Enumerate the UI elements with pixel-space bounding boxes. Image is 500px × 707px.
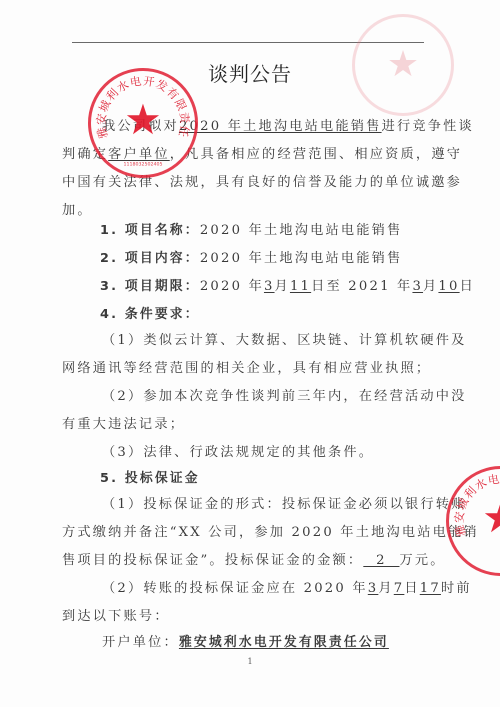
deadline-day: 7 xyxy=(394,581,405,596)
company-seal-right: 雅安城利水电开发有限责任公司 ★ xyxy=(446,466,500,576)
condition-1-line-2: 网络通讯等经营范围的相关企业，具有相应营业执照； xyxy=(62,360,431,378)
item-label: 1. 项目名称： xyxy=(100,223,200,238)
period-text: 日至 2021 年 xyxy=(311,279,412,294)
intro-line-4: 加。 xyxy=(62,202,93,220)
intro-line-3: 中国有关法律、法规，具有良好的信誉及能力的单位诚邀参 xyxy=(62,174,462,192)
seal-ring-text: 雅安城利水电开发有限责任公司 xyxy=(449,469,500,573)
deposit-text: 时前 xyxy=(441,581,472,596)
item-project-content: 2. 项目内容：2020 年土地沟电站电能销售 xyxy=(100,250,402,268)
account-label: 开户单位： xyxy=(102,635,179,650)
condition-3-line-1: （3）法律、行政法规规定的其他条件。 xyxy=(102,444,374,462)
deposit-p2-line-1: （2）转账的投标保证金应在 2020 年3月7日17时前 xyxy=(102,580,472,598)
deposit-text: 售项目的投标保证金”。投标保证金的金额： xyxy=(62,553,363,568)
period-text: 月 xyxy=(275,279,290,294)
condition-2-line-2: 有重大违法记录； xyxy=(62,416,185,434)
period-text: 日 xyxy=(460,279,475,294)
deposit-p1-line-3: 售项目的投标保证金”。投标保证金的金额： 2 万元。 xyxy=(62,552,446,570)
deposit-text: 万元。 xyxy=(399,553,445,568)
item-conditions: 4. 条件要求： xyxy=(100,306,200,324)
condition-2-line-1: （2）参加本次竞争性谈判前三年内，在经营活动中没 xyxy=(102,388,467,406)
item-label: 2. 项目内容： xyxy=(100,251,200,266)
end-month: 3 xyxy=(412,279,423,294)
page-title: 谈判公告 xyxy=(0,58,500,87)
deposit-p2-line-2: 到达以下账号： xyxy=(62,608,170,626)
deposit-heading: 5. 投标保证金 xyxy=(100,470,200,488)
deadline-month: 3 xyxy=(368,581,379,596)
item-project-period: 3. 项目期限：2020 年3月11日至 2021 年3月10日 xyxy=(100,278,475,296)
account-holder-line: 开户单位：雅安城利水电开发有限责任公司 xyxy=(102,634,389,652)
deposit-text: 月 xyxy=(378,581,393,596)
deposit-p1-line-1: （1）投标保证金的形式：投标保证金必须以银行转账 xyxy=(102,496,467,514)
item-value: 2020 年土地沟电站电能销售 xyxy=(200,251,403,266)
item-project-name: 1. 项目名称：2020 年土地沟电站电能销售 xyxy=(100,222,402,240)
deposit-text: （2）转账的投标保证金应在 2020 年 xyxy=(102,581,368,596)
intro-line-2: 判确定客户单位，凡具备相应的经营范围、相应资质，遵守 xyxy=(62,146,462,164)
intro-text: 进行竞争性谈 xyxy=(382,119,474,134)
deposit-amount: 2 xyxy=(363,553,399,568)
start-month: 3 xyxy=(264,279,275,294)
intro-text: 我公司拟对 xyxy=(102,119,179,134)
intro-text: ，凡具备相应的经营范围、相应资质，遵守 xyxy=(170,147,462,162)
condition-1-line-1: （1）类似云计算、大数据、区块链、计算机软硬件及 xyxy=(102,332,467,350)
client-unit-underlined: 客户单位 xyxy=(108,147,170,162)
period-text: 月 xyxy=(423,279,438,294)
start-day: 11 xyxy=(290,279,311,294)
project-name-underlined: 2020 年土地沟电站电能销售 xyxy=(179,119,382,134)
period-text: 2020 年 xyxy=(200,279,264,294)
item-label: 4. 条件要求： xyxy=(100,307,200,322)
page-number: 1 xyxy=(0,657,500,666)
end-day: 10 xyxy=(438,279,459,294)
item-label: 3. 项目期限： xyxy=(100,279,200,294)
account-name: 雅安城利水电开发有限责任公司 xyxy=(179,635,389,650)
document-page: ★ 谈判公告 我公司拟对2020 年土地沟电站电能销售进行竞争性谈 判确定客户单… xyxy=(0,0,500,707)
header-rule xyxy=(72,42,424,43)
intro-text: 判确定 xyxy=(62,147,108,162)
item-value: 2020 年土地沟电站电能销售 xyxy=(200,223,403,238)
deposit-text: 日 xyxy=(404,581,419,596)
intro-line-1: 我公司拟对2020 年土地沟电站电能销售进行竞争性谈 xyxy=(102,118,474,136)
deposit-p1-line-2: 方式缴纳并备注“XX 公司，参加 2020 年土地沟电站电能销 xyxy=(62,524,479,542)
deadline-hour: 17 xyxy=(420,581,441,596)
